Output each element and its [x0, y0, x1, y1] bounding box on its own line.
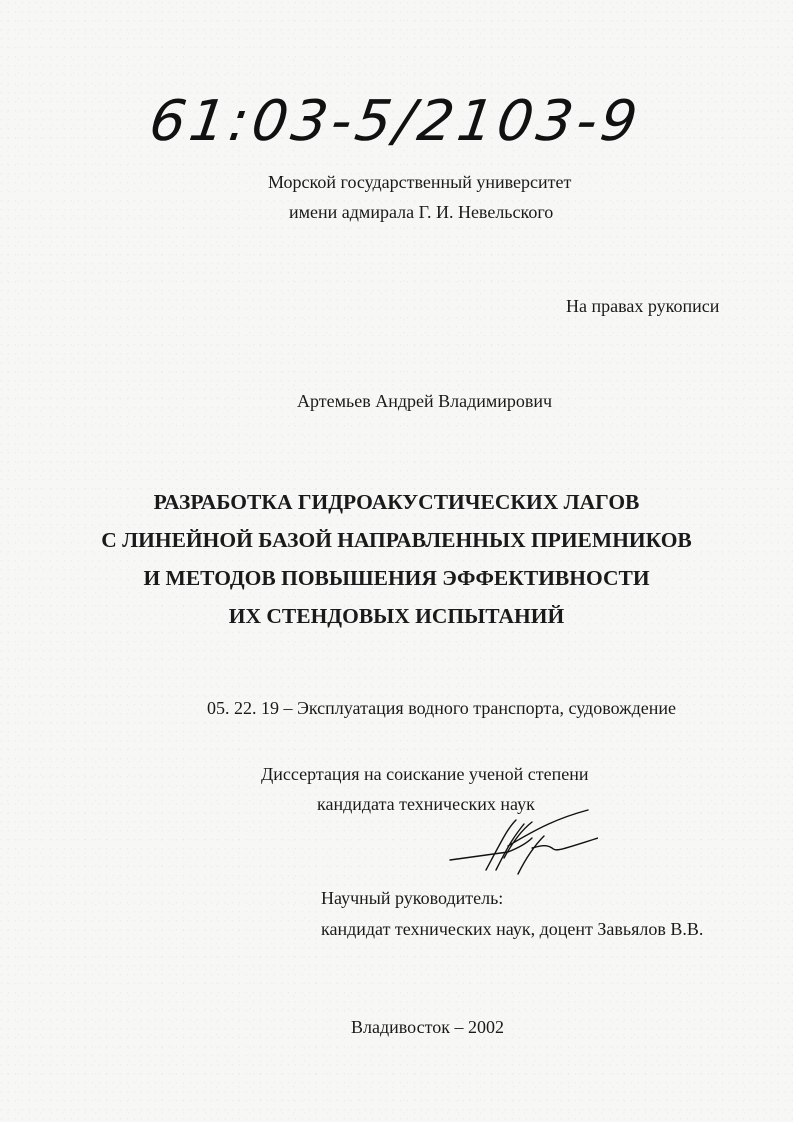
signature-icon [448, 808, 598, 878]
title-line: ИХ СТЕНДОВЫХ ИСПЫТАНИЙ [0, 597, 793, 635]
handwritten-catalog-number: 61:03-5/2103-9 [146, 92, 645, 152]
dissertation-degree-line-1: Диссертация на соискание ученой степени [261, 759, 588, 789]
title-line: И МЕТОДОВ ПОВЫШЕНИЯ ЭФФЕКТИВНОСТИ [0, 559, 793, 597]
supervisor-label: Научный руководитель: [321, 888, 503, 909]
title-line: С ЛИНЕЙНОЙ БАЗОЙ НАПРАВЛЕННЫХ ПРИЕМНИКОВ [0, 521, 793, 559]
title-line: РАЗРАБОТКА ГИДРОАКУСТИЧЕСКИХ ЛАГОВ [0, 483, 793, 521]
university-line-2: имени адмирала Г. И. Невельского [289, 197, 553, 227]
dissertation-title: РАЗРАБОТКА ГИДРОАКУСТИЧЕСКИХ ЛАГОВ С ЛИН… [0, 483, 793, 635]
specialty-code: 05. 22. 19 – Эксплуатация водного трансп… [207, 698, 676, 719]
supervisor-name: кандидат технических наук, доцент Завьял… [321, 919, 703, 940]
author-name: Артемьев Андрей Владимирович [297, 391, 552, 412]
city-year: Владивосток – 2002 [351, 1017, 504, 1038]
university-line-1: Морской государственный университет [268, 167, 571, 197]
rights-note: На правах рукописи [566, 296, 719, 317]
